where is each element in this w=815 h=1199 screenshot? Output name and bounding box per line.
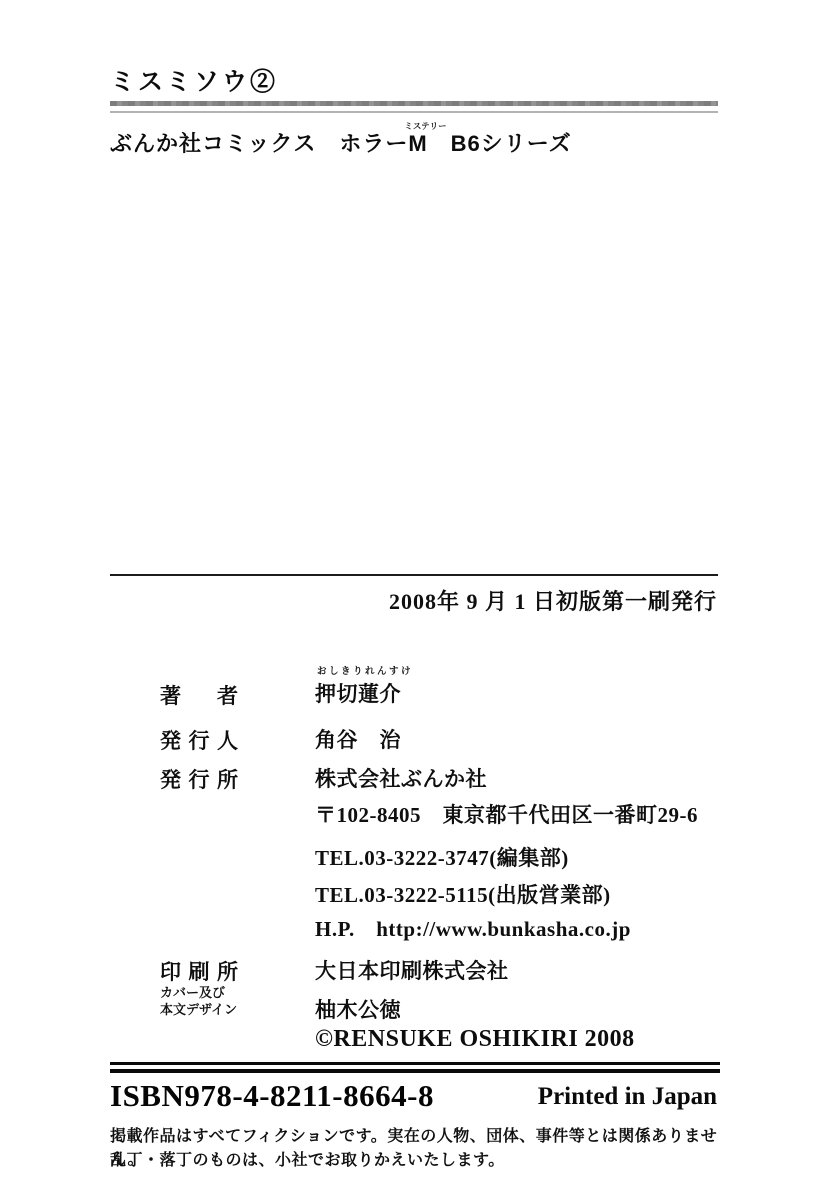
footer-double-rule [110, 1062, 720, 1073]
isbn-number: ISBN978-4-8211-8664-8 [110, 1078, 434, 1114]
publisher-label: 発行所 [160, 764, 238, 794]
header-rule-thin [110, 111, 718, 113]
copyright-line: ©RENSUKE OSHIKIRI 2008 [315, 1026, 635, 1053]
book-title: ミスミソウ② [110, 62, 278, 98]
publisher-name: 株式会社ぶんか社 [315, 763, 487, 793]
series-prefix: ぶんか社コミックス ホラー [110, 131, 408, 156]
designer-name: 柚木公徳 [315, 994, 401, 1024]
mid-rule [110, 574, 718, 576]
author-furigana: おしきりれんすけ [317, 663, 413, 677]
series-m-furigana: ミステリー [404, 120, 446, 132]
printer-name: 大日本印刷株式会社 [315, 955, 509, 985]
author-name: 押切蓮介 [315, 678, 401, 708]
colophon-page: ミスミソウ② ぶんか社コミックス ホラーミステリーM B6シリーズ 2008年 … [0, 0, 815, 1199]
publisher-person-label: 発行人 [160, 725, 238, 755]
publisher-address: 〒102-8405 東京都千代田区一番町29-6 [315, 799, 698, 829]
design-label-line1: カバー及び [160, 984, 237, 1001]
header-rule-thick [110, 101, 718, 106]
printed-in-japan: Printed in Japan [538, 1083, 717, 1111]
tel-sales: TEL.03-3222-5115(出版営業部) [315, 879, 611, 909]
design-label: カバー及び 本文デザイン [160, 984, 237, 1018]
series-m: M [408, 131, 427, 156]
replacement-notice: 乱丁・落丁のものは、小社でお取りかえいたします。 [110, 1147, 720, 1170]
homepage-url: H.P. http://www.bunkasha.co.jp [315, 913, 631, 943]
printer-label: 印刷所 [160, 956, 238, 986]
publisher-person-name: 角谷 治 [315, 724, 401, 754]
tel-editorial: TEL.03-3222-3747(編集部) [315, 842, 569, 872]
edition-date: 2008年 9 月 1 日初版第一刷発行 [389, 585, 717, 616]
author-label: 著 者 [160, 680, 238, 710]
series-line: ぶんか社コミックス ホラーミステリーM B6シリーズ [110, 127, 572, 158]
series-suffix: B6シリーズ [428, 131, 572, 156]
design-label-line2: 本文デザイン [160, 1001, 237, 1018]
series-m-wrap: ミステリーM [408, 131, 427, 157]
